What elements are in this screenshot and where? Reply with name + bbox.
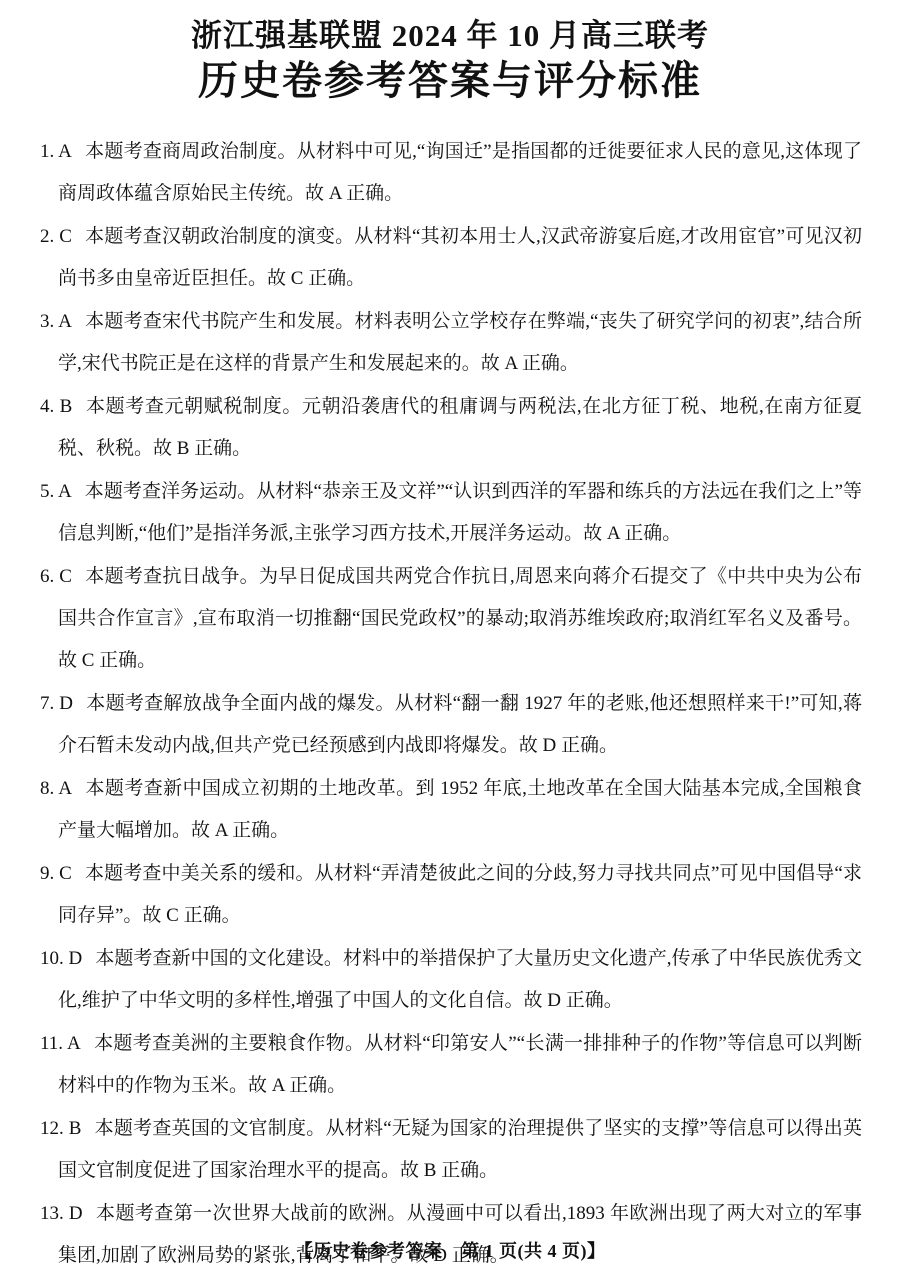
answer-item: 12. B本题考查英国的文官制度。从材料“无疑为国家的治理提供了坚实的支撑”等信… [40,1108,862,1192]
answer-text: 本题考查宋代书院产生和发展。材料表明公立学校存在弊端,“丧失了研究学问的初衷”,… [58,311,862,374]
answer-item: 11. A本题考查美洲的主要粮食作物。从材料“印第安人”“长满一排排种子的作物”… [40,1023,862,1107]
answer-text: 本题考查解放战争全面内战的爆发。从材料“翻一翻 1927 年的老账,他还想照样来… [58,693,862,756]
answer-number: 2. C [40,226,72,247]
answer-item: 3. A本题考查宋代书院产生和发展。材料表明公立学校存在弊端,“丧失了研究学问的… [40,301,862,385]
document-page: 浙江强基联盟 2024 年 10 月高三联考 历史卷参考答案与评分标准 1. A… [0,0,900,1273]
answer-text: 本题考查汉朝政治制度的演变。从材料“其初本用士人,汉武帝游宴后庭,才改用宦官”可… [58,226,862,289]
answer-text: 本题考查新中国成立初期的土地改革。到 1952 年底,土地改革在全国大陆基本完成… [58,778,862,841]
answer-number: 8. A [40,778,72,799]
answer-item: 6. C本题考查抗日战争。为早日促成国共两党合作抗日,周恩来向蒋介石提交了《中共… [40,556,862,682]
answer-item: 4. B本题考查元朝赋税制度。元朝沿袭唐代的租庸调与两税法,在北方征丁税、地税,… [40,386,862,470]
answer-number: 1. A [40,141,72,162]
answer-text: 本题考查抗日战争。为早日促成国共两党合作抗日,周恩来向蒋介石提交了《中共中央为公… [58,566,862,671]
answer-number: 9. C [40,863,72,884]
answer-text: 本题考查美洲的主要粮食作物。从材料“印第安人”“长满一排排种子的作物”等信息可以… [58,1033,862,1096]
answer-number: 7. D [40,693,73,714]
answer-text: 本题考查元朝赋税制度。元朝沿袭唐代的租庸调与两税法,在北方征丁税、地税,在南方征… [58,396,862,459]
answer-number: 4. B [40,396,72,417]
answer-item: 2. C本题考查汉朝政治制度的演变。从材料“其初本用士人,汉武帝游宴后庭,才改用… [40,216,862,300]
answers-list: 1. A本题考查商周政治制度。从材料中可见,“询国迁”是指国都的迁徙要征求人民的… [0,106,900,1273]
answer-text: 本题考查洋务运动。从材料“恭亲王及文祥”“认识到西洋的军器和练兵的方法远在我们之… [58,481,862,544]
answer-item: 7. D本题考查解放战争全面内战的爆发。从材料“翻一翻 1927 年的老账,他还… [40,683,862,767]
answer-item: 9. C本题考查中美关系的缓和。从材料“弄清楚彼此之间的分歧,努力寻找共同点”可… [40,853,862,937]
answer-number: 12. B [40,1118,81,1139]
answer-text: 本题考查商周政治制度。从材料中可见,“询国迁”是指国都的迁徙要征求人民的意见,这… [58,141,862,204]
answer-item: 1. A本题考查商周政治制度。从材料中可见,“询国迁”是指国都的迁徙要征求人民的… [40,131,862,215]
answer-number: 6. C [40,566,72,587]
answer-text: 本题考查中美关系的缓和。从材料“弄清楚彼此之间的分歧,努力寻找共同点”可见中国倡… [58,863,862,926]
answer-text: 本题考查英国的文官制度。从材料“无疑为国家的治理提供了坚实的支撑”等信息可以得出… [58,1118,862,1181]
answer-item: 8. A本题考查新中国成立初期的土地改革。到 1952 年底,土地改革在全国大陆… [40,768,862,852]
answer-item: 10. D本题考查新中国的文化建设。材料中的举措保护了大量历史文化遗产,传承了中… [40,938,862,1022]
answer-number: 5. A [40,481,72,502]
answer-number: 11. A [40,1033,81,1054]
document-subtitle: 历史卷参考答案与评分标准 [0,56,900,106]
answer-number: 10. D [40,948,82,969]
page-footer: 【历史卷参考答案 第 1 页(共 4 页)】 [0,1237,900,1263]
answer-number: 3. A [40,311,72,332]
answer-item: 5. A本题考查洋务运动。从材料“恭亲王及文祥”“认识到西洋的军器和练兵的方法远… [40,471,862,555]
document-title: 浙江强基联盟 2024 年 10 月高三联考 [0,0,900,56]
answer-text: 本题考查新中国的文化建设。材料中的举措保护了大量历史文化遗产,传承了中华民族优秀… [58,948,862,1011]
answer-number: 13. D [40,1203,83,1224]
